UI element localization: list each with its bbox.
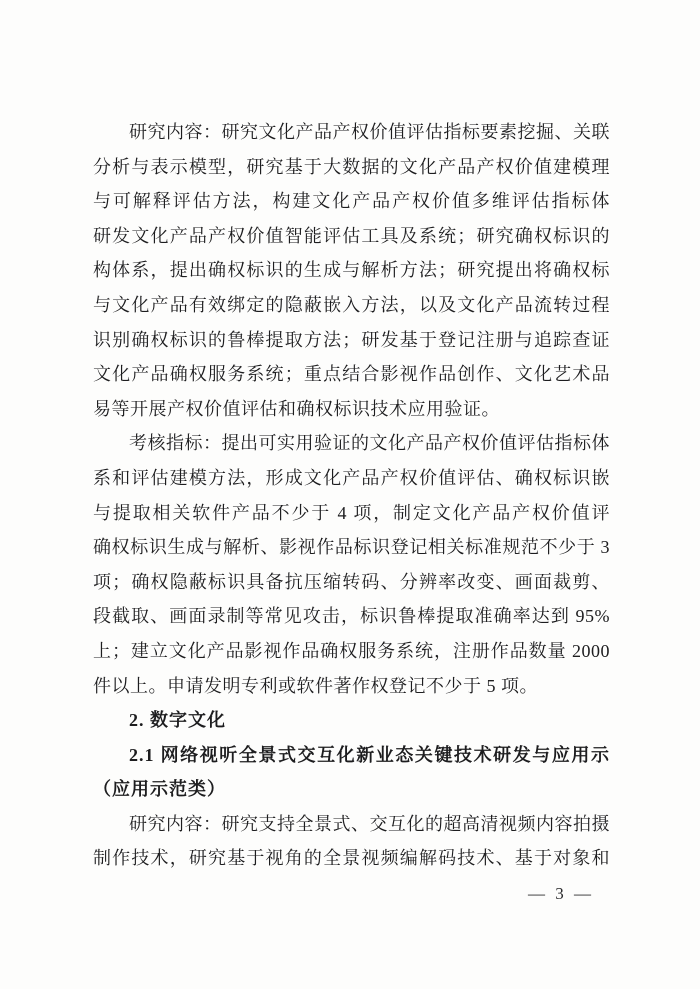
research-content-paragraph-1-line-5: 构体系，提出确权标识的生成与解析方法；研究提出将确权标识 [93,253,610,288]
page-number: — 3 — [528,884,594,904]
research-content-paragraph-1-line-7: 识别确权标识的鲁棒提取方法；研发基于登记注册与追踪查证的 [93,323,610,358]
research-content-paragraph-1-line-4: 研发文化产品产权价值智能评估工具及系统；研究确权标识的结 [93,219,610,254]
assessment-indicators-paragraph-1-line-8: 件以上。申请发明专利或软件著作权登记不少于 5 项。 [93,669,610,704]
assessment-indicators-paragraph-1-line-6: 段截取、画面录制等常见攻击，标识鲁棒提取准确率达到 95%以 [93,599,610,634]
assessment-indicators-paragraph-1-line-4: 确权标识生成与解析、影视作品标识登记相关标准规范不少于 3 [93,530,610,565]
section-heading-2-1-line-2: （应用示范类） [93,772,610,807]
research-content-paragraph-1-line-2: 分析与表示模型，研究基于大数据的文化产品产权价值建模理论 [93,150,610,185]
document-page: 研究内容：研究文化产品产权价值评估指标要素挖掘、关联分析与表示模型，研究基于大数… [0,0,700,989]
research-content-paragraph-2-line-2: 制作技术，研究基于视角的全景视频编解码技术、基于对象和场 [93,841,610,876]
assessment-indicators-paragraph-1-line-3: 与提取相关软件产品不少于 4 项，制定文化产品产权价值评估、 [93,496,610,531]
document-text-block: 研究内容：研究文化产品产权价值评估指标要素挖掘、关联分析与表示模型，研究基于大数… [93,115,610,876]
section-heading-2-1-line-1: 2.1 网络视听全景式交互化新业态关键技术研发与应用示范 [93,738,610,773]
assessment-indicators-paragraph-1-line-2: 系和评估建模方法，形成文化产品产权价值评估、确权标识嵌入 [93,461,610,496]
assessment-indicators-paragraph-1-line-7: 上；建立文化产品影视作品确权服务系统，注册作品数量 2000 [93,634,610,669]
research-content-paragraph-1-line-9: 易等开展产权价值评估和确权标识技术应用验证。 [93,392,610,427]
section-heading-2-line-1: 2. 数字文化 [93,703,610,738]
assessment-indicators-paragraph-1-line-1: 考核指标：提出可实用验证的文化产品产权价值评估指标体 [93,426,610,461]
research-content-paragraph-1-line-6: 与文化产品有效绑定的隐蔽嵌入方法，以及文化产品流转过程中 [93,288,610,323]
assessment-indicators-paragraph-1-line-5: 项；确权隐蔽标识具备抗压缩转码、分辨率改变、画面裁剪、片 [93,565,610,600]
research-content-paragraph-1-line-1: 研究内容：研究文化产品产权价值评估指标要素挖掘、关联 [93,115,610,150]
research-content-paragraph-1-line-3: 与可解释评估方法，构建文化产品产权价值多维评估指标体系， [93,184,610,219]
research-content-paragraph-2-line-1: 研究内容：研究支持全景式、交互化的超高清视频内容拍摄 [93,807,610,842]
research-content-paragraph-1-line-8: 文化产品确权服务系统；重点结合影视作品创作、文化艺术品交 [93,357,610,392]
